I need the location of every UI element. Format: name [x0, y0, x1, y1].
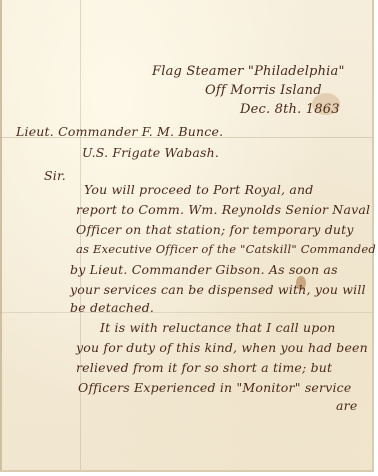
body-line: report to Comm. Wm. Reynolds Senior Nava…: [76, 202, 370, 217]
letter-heading-location: Off Morris Island: [205, 83, 322, 98]
body-line: your services can be dispensed with, you…: [70, 282, 366, 297]
salutation: Sir.: [44, 168, 66, 183]
body-line: It is with reluctance that I call upon: [100, 320, 335, 335]
body-line: relieved from it for so short a time; bu…: [76, 360, 332, 375]
body-line: by Lieut. Commander Gibson. As soon as: [70, 262, 338, 277]
letter-heading-ship: Flag Steamer "Philadelphia": [152, 64, 345, 79]
body-line: You will proceed to Port Royal, and: [84, 182, 313, 197]
addressee-name: Lieut. Commander F. M. Bunce.: [16, 124, 223, 139]
body-line: Officer on that station; for temporary d…: [76, 222, 354, 237]
body-line: are: [336, 398, 357, 413]
fold-crease-horizontal: [0, 312, 372, 313]
addressee-ship: U.S. Frigate Wabash.: [82, 145, 219, 160]
letter-heading-date: Dec. 8th. 1863: [240, 102, 340, 117]
body-line: you for duty of this kind, when you had …: [76, 340, 368, 355]
body-line: as Executive Officer of the "Catskill" C…: [76, 242, 376, 256]
body-line: Officers Experienced in "Monitor" servic…: [78, 380, 351, 395]
body-line: be detached.: [70, 300, 154, 315]
